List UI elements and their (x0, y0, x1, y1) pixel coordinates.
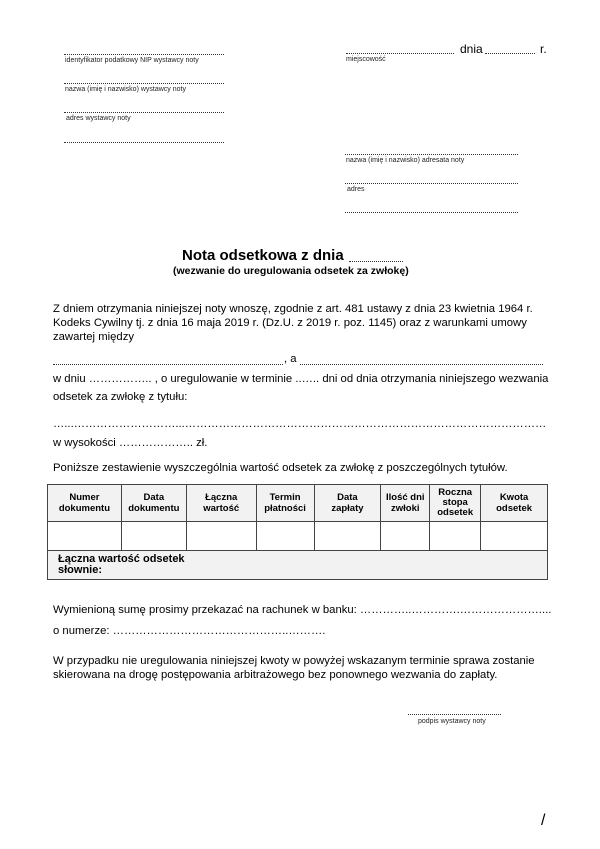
amount-line: w wysokości ……………….. zł. (53, 436, 207, 451)
bank-account-line: Wymienioną sumę prosimy przekazać na rac… (53, 603, 551, 618)
body-w-dniu-line: w dniu …………….. , o uregulowanie w termin… (53, 372, 548, 387)
sender-name-field[interactable] (64, 83, 224, 84)
total-in-words-label: Łączna wartość odsetek słownie: (48, 551, 548, 580)
signature-field[interactable] (408, 714, 501, 715)
table-cell[interactable] (186, 522, 256, 551)
between-a-label: , a (284, 352, 297, 367)
table-cell[interactable] (121, 522, 186, 551)
signature-label: podpis wystawcy noty (418, 718, 486, 725)
date-year-suffix: r. (540, 42, 547, 57)
table-cell[interactable] (256, 522, 314, 551)
interest-table: NumerdokumentuDatadokumentuŁącznawartość… (47, 484, 548, 580)
column-header: Kwotaodsetek (481, 485, 548, 522)
column-header: Numerdokumentu (48, 485, 122, 522)
title-reason-field[interactable]: …...………………………...………………………………………………………………… (53, 417, 545, 432)
body-para1-line1: Z dniem otrzymania niniejszej noty wnosz… (53, 302, 533, 317)
column-header: Terminpłatności (256, 485, 314, 522)
date-field[interactable] (485, 53, 535, 54)
party1-field[interactable] (53, 364, 283, 365)
statement-intro: Poniższe zestawienie wyszczególnia warto… (53, 461, 508, 476)
sender-nip-label: identyfikator podatkowy NIP wystawcy not… (65, 57, 199, 64)
column-header: Rocznastopaodsetek (430, 485, 481, 522)
place-field[interactable] (346, 53, 454, 54)
total-in-words-line2: słownie: (58, 565, 537, 576)
recipient-name-label: nazwa (imię i nazwisko) adresata noty (346, 157, 464, 164)
recipient-name-field[interactable] (345, 154, 518, 155)
closing-line1: W przypadku nie uregulowania niniejszej … (53, 654, 535, 669)
recipient-address-label: adres (347, 186, 365, 193)
body-odsetek-line: odsetek za zwłokę z tytułu: (53, 390, 187, 405)
recipient-address-field[interactable] (345, 183, 518, 184)
column-header: Ilość dnizwłoki (381, 485, 430, 522)
total-in-words-line1: Łączna wartość odsetek (58, 554, 537, 565)
date-dnia-label: dnia (460, 42, 483, 57)
sender-address-field[interactable] (64, 112, 224, 113)
table-header-row: NumerdokumentuDatadokumentuŁącznawartość… (48, 485, 548, 522)
party2-field[interactable] (300, 364, 543, 365)
table-cell[interactable] (48, 522, 122, 551)
title-date-field[interactable] (349, 261, 403, 262)
table-cell[interactable] (381, 522, 430, 551)
column-header: Datadokumentu (121, 485, 186, 522)
sender-nip-field[interactable] (64, 54, 224, 55)
place-label: miejscowość (346, 56, 386, 63)
sender-address-label: adres wystawcy noty (66, 115, 131, 122)
account-number-line: o numerze: ………………………………………..………. (53, 624, 325, 639)
page-mark: / (541, 812, 545, 830)
page-title: Nota odsetkowa z dnia (182, 247, 344, 264)
body-para1-line2: Kodeks Cywilny tj. z dnia 16 maja 2019 r… (53, 316, 527, 331)
column-header: Datazapłaty (314, 485, 381, 522)
sender-name-label: nazwa (imię i nazwisko) wystawcy noty (65, 86, 186, 93)
recipient-address-field-2[interactable] (345, 212, 518, 213)
page-subtitle: (wezwanie do uregulowania odsetek za zwł… (173, 265, 409, 277)
table-footer-row: Łączna wartość odsetek słownie: (48, 551, 548, 580)
table-cell[interactable] (481, 522, 548, 551)
table-cell[interactable] (430, 522, 481, 551)
body-para1-line3: zawartej między (53, 330, 134, 345)
column-header: Łącznawartość (186, 485, 256, 522)
table-row (48, 522, 548, 551)
table-cell[interactable] (314, 522, 381, 551)
sender-address-field-2[interactable] (64, 142, 224, 143)
closing-line2: skierowana na drogę postępowania arbitra… (53, 668, 497, 683)
